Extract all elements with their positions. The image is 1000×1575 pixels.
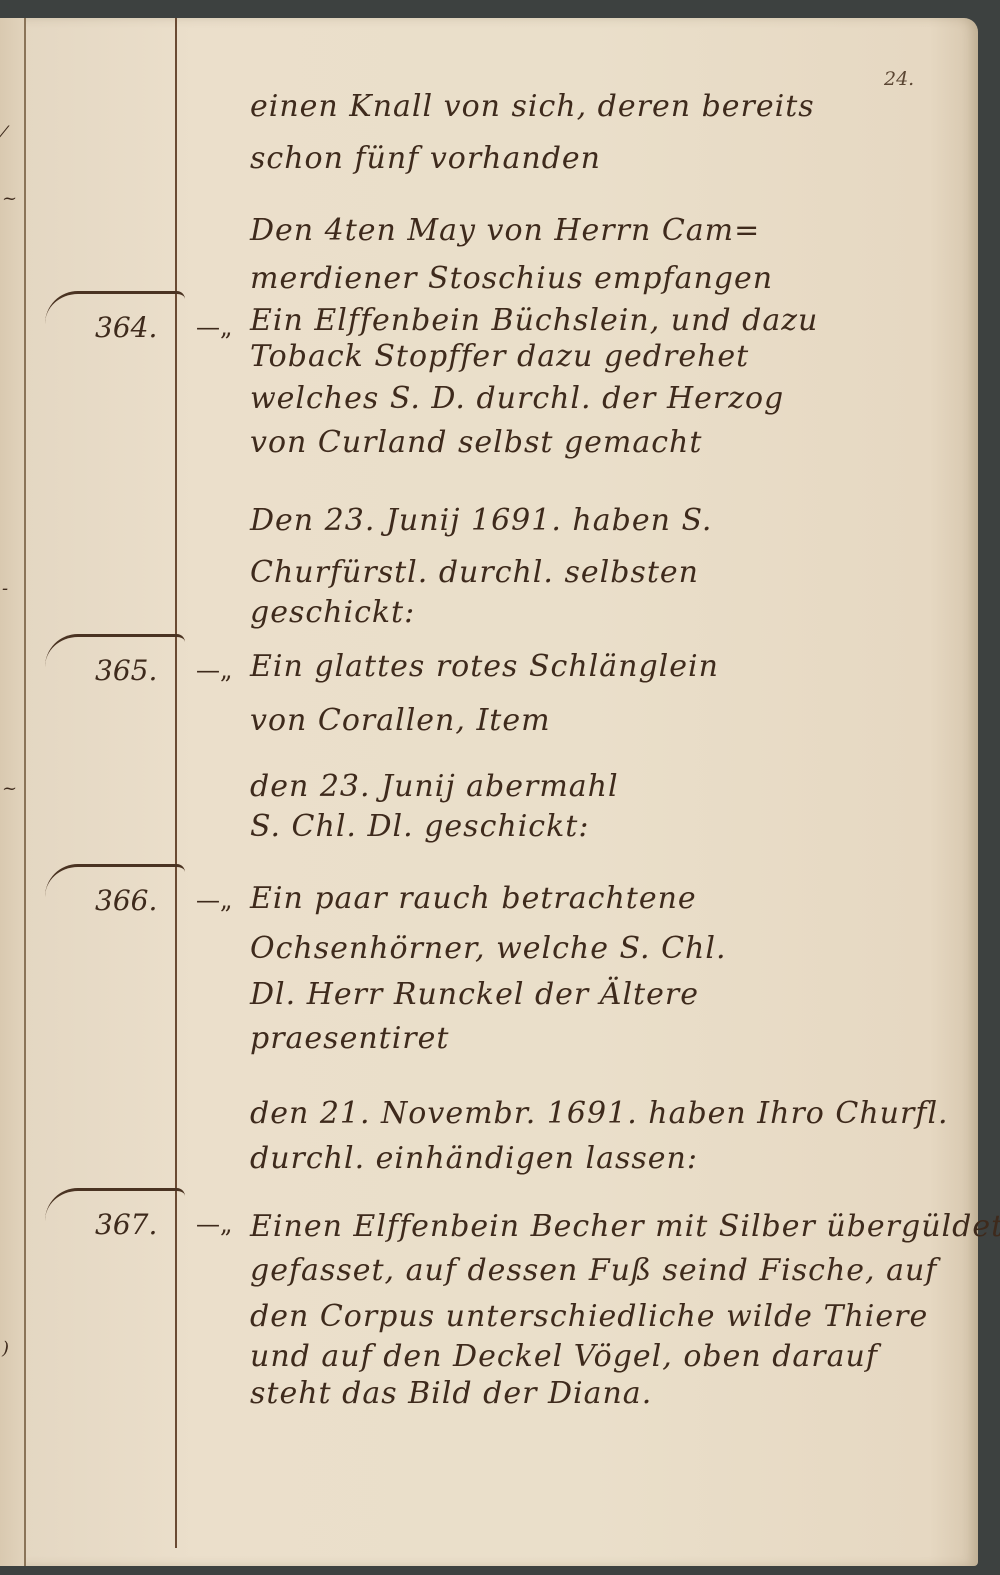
entry-number: 366. [95, 884, 157, 917]
manuscript-line: Ein paar rauch betrachtene [250, 884, 697, 914]
entry-dash-mark: —„ [196, 313, 232, 341]
entry-number: 365. [95, 654, 157, 687]
manuscript-line: S. Chl. Dl. geschickt: [250, 812, 589, 842]
manuscript-line: gefasset, auf dessen Fuß seind Fische, a… [250, 1256, 937, 1286]
entry-dash-mark: —„ [196, 1210, 232, 1238]
manuscript-page: ⁄ ~ - ~ ) 24. einen Knall von sich, dere… [0, 18, 978, 1566]
manuscript-line: Einen Elffenbein Becher mit Silber überg… [250, 1212, 1000, 1242]
manuscript-line: den Corpus unterschiedliche wilde Thiere [250, 1302, 928, 1332]
manuscript-line: Ein Elffenbein Büchslein, und dazu [250, 306, 818, 336]
entry-number: 364. [95, 311, 157, 344]
manuscript-line: Churfürstl. durchl. selbsten [250, 558, 699, 588]
manuscript-line: Dl. Herr Runckel der Ältere [250, 980, 699, 1010]
manuscript-line: einen Knall von sich, deren bereits [250, 92, 815, 122]
manuscript-line: von Corallen, Item [250, 706, 551, 736]
manuscript-line: Ochsenhörner, welche S. Chl. [250, 934, 727, 964]
entry-dash-mark: —„ [196, 886, 232, 914]
manuscript-line: merdiener Stoschius empfangen [250, 264, 773, 294]
manuscript-line: welches S. D. durchl. der Herzog [250, 384, 784, 414]
binding-gutter-line [24, 18, 26, 1566]
manuscript-line: den 23. Junij abermahl [250, 772, 619, 802]
entry-number: 367. [95, 1208, 157, 1241]
manuscript-line: Den 4ten May von Herrn Cam= [250, 216, 760, 246]
previous-page-edge: ⁄ ~ - ~ ) [0, 18, 24, 1566]
manuscript-line: und auf den Deckel Vögel, oben darauf [250, 1342, 878, 1372]
manuscript-line: praesentiret [250, 1024, 449, 1054]
previous-page-ink-mark: ~ [2, 778, 17, 799]
previous-page-ink-mark: ⁄ [2, 123, 5, 144]
previous-page-ink-mark: ) [2, 1338, 9, 1359]
manuscript-line: steht das Bild der Diana. [250, 1379, 652, 1409]
folio-number: 24. [884, 68, 914, 90]
manuscript-line: von Curland selbst gemacht [250, 428, 702, 458]
margin-rule-line [175, 18, 177, 1548]
manuscript-line: den 21. Novembr. 1691. haben Ihro Churfl… [250, 1099, 949, 1129]
previous-page-ink-mark: - [2, 578, 8, 599]
entry-dash-mark: —„ [196, 656, 232, 684]
manuscript-line: Toback Stopffer dazu gedrehet [250, 342, 749, 372]
manuscript-line: Den 23. Junij 1691. haben S. [250, 506, 712, 536]
manuscript-line: schon fünf vorhanden [250, 144, 601, 174]
manuscript-line: geschickt: [250, 598, 415, 628]
manuscript-line: Ein glattes rotes Schlänglein [250, 652, 719, 682]
previous-page-ink-mark: ~ [2, 188, 17, 209]
manuscript-line: durchl. einhändigen lassen: [250, 1144, 698, 1174]
